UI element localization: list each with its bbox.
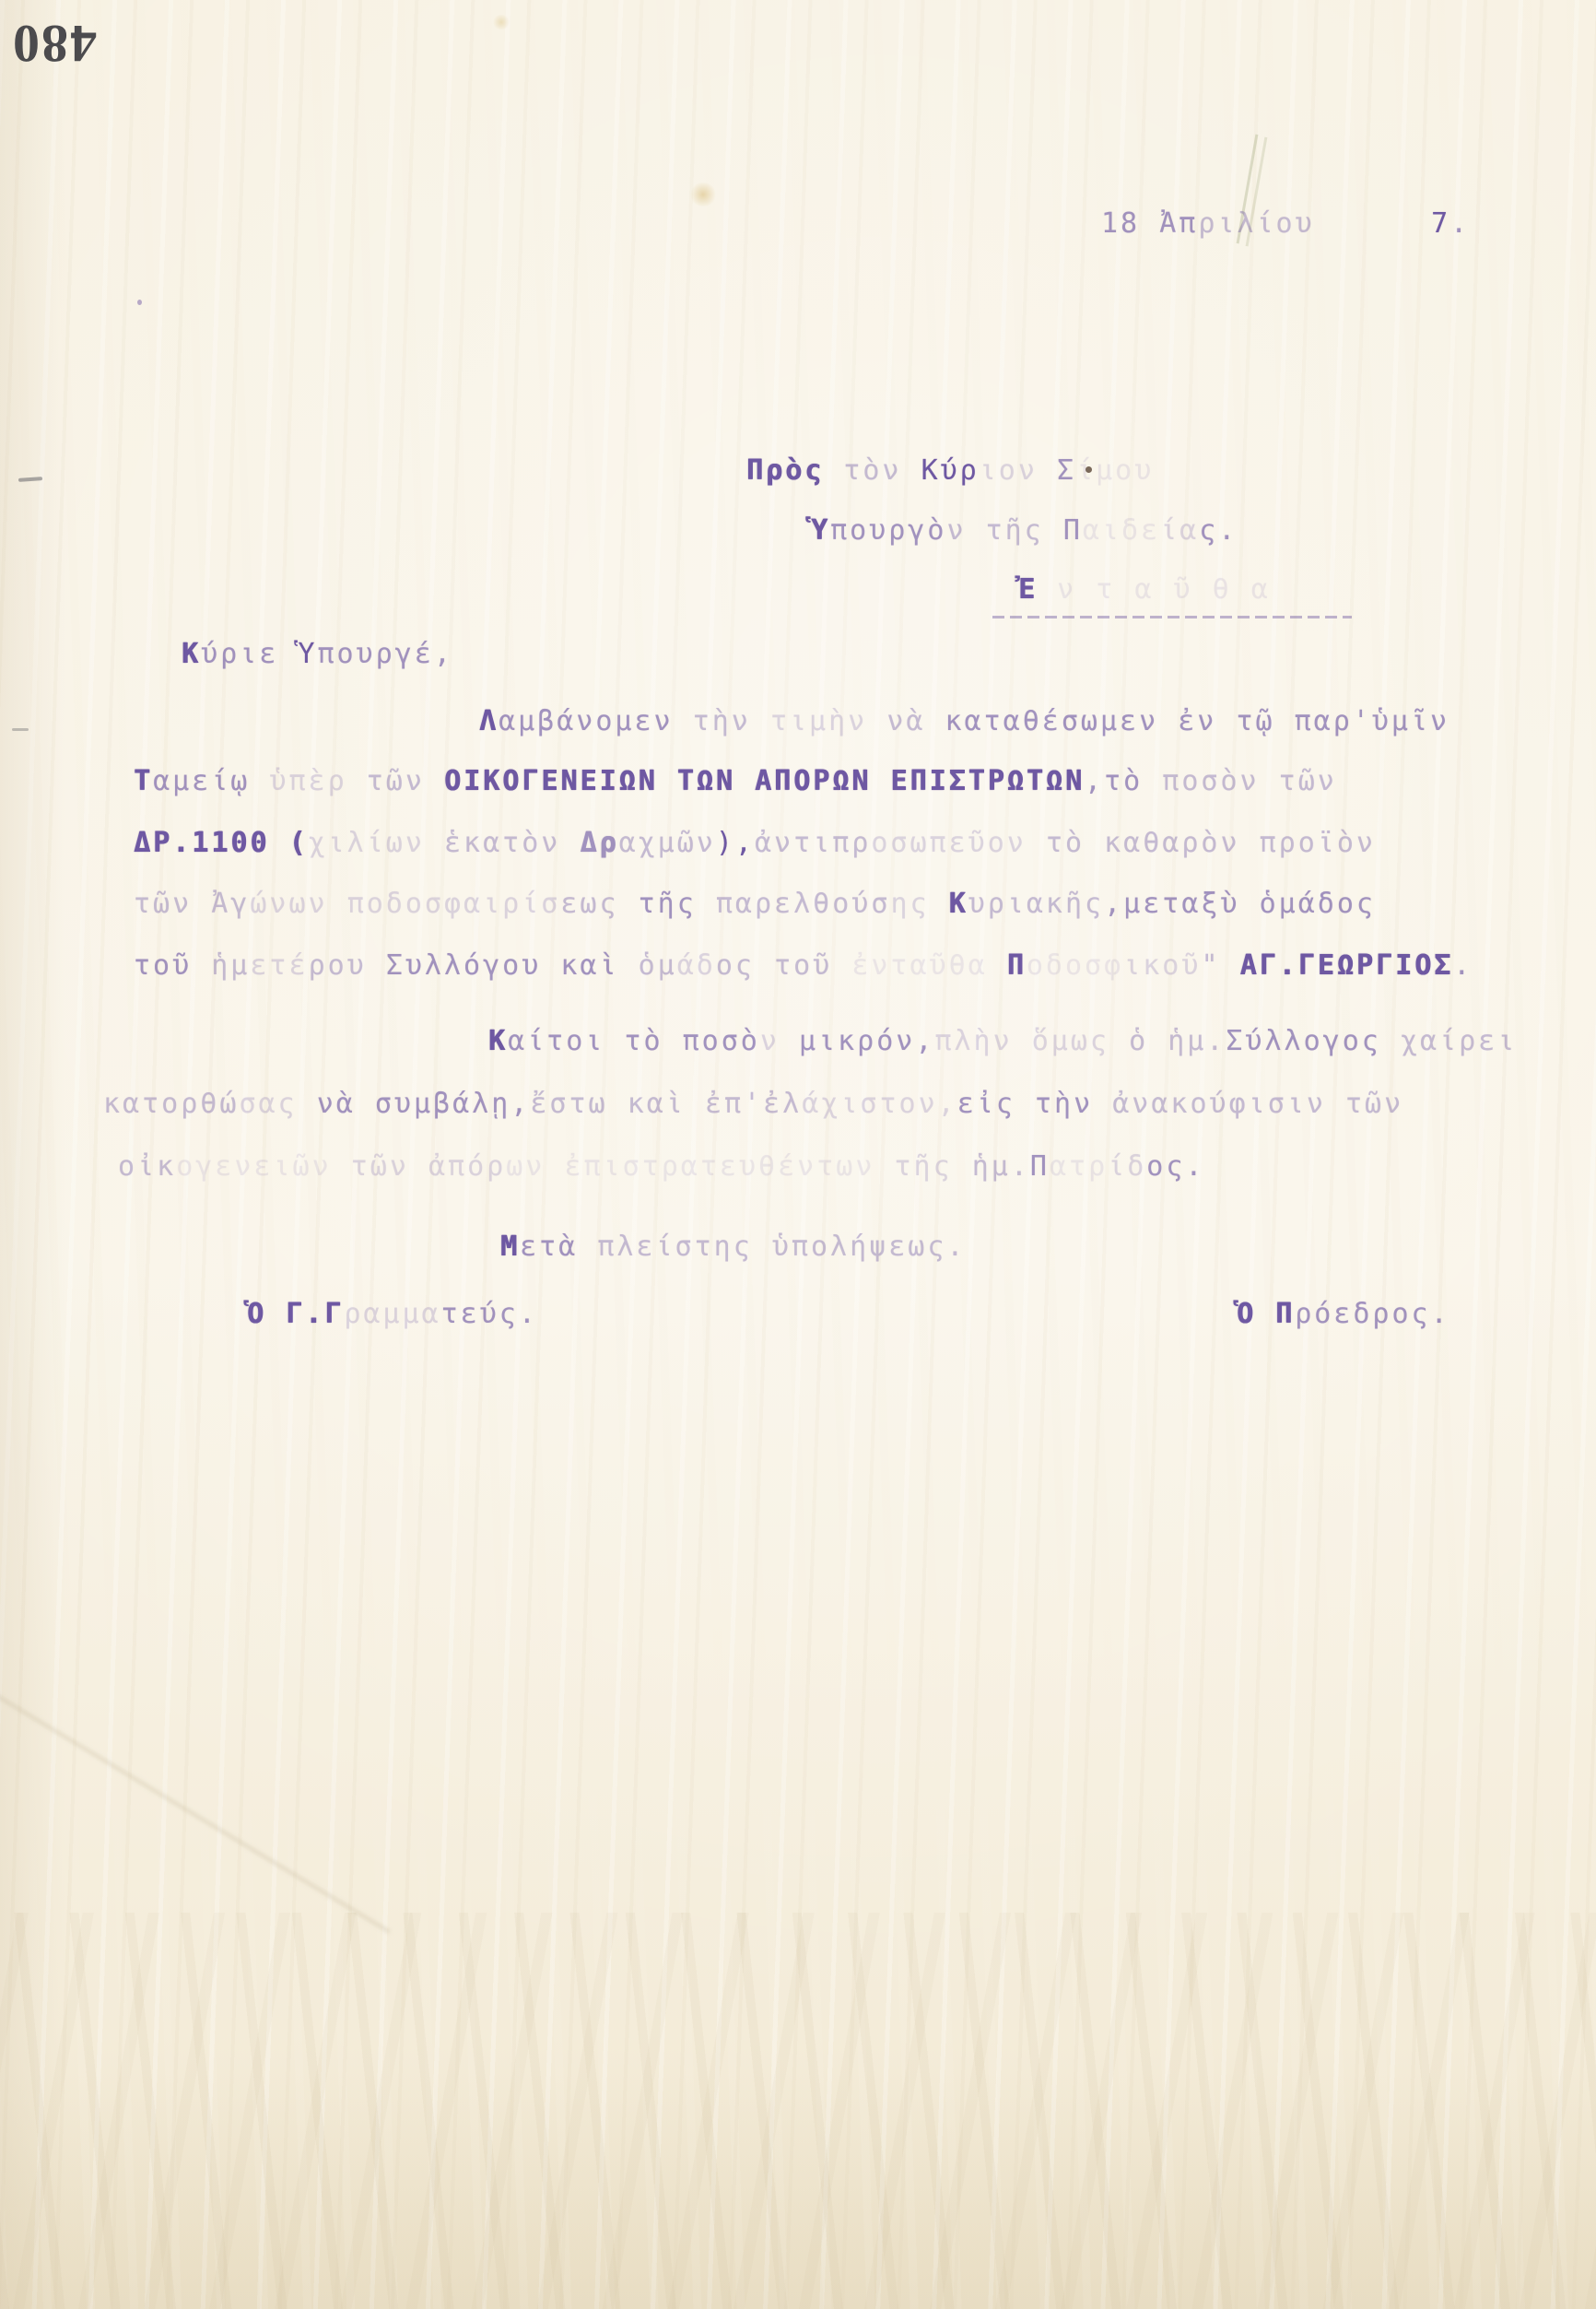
text-segment: ΔΡ.1100 ( — [134, 827, 309, 859]
text-segment: εως — [560, 888, 638, 920]
text-segment: ποσὸν — [1162, 765, 1278, 797]
letter-date: 18 Ἀπριλίου 7. — [1101, 207, 1470, 240]
text-segment: Πρὸς — [746, 454, 843, 487]
text-segment: ἀντιπρ — [755, 827, 871, 859]
text-segment: παρ'ὑμῖν — [1295, 705, 1450, 737]
text-segment: νὰ — [886, 705, 945, 737]
text-segment: ἐνταῦθα — [851, 949, 1007, 982]
text-segment: αχμῶν — [619, 827, 716, 859]
text-segment: ύριε — [201, 638, 298, 670]
text-segment: παρελθούσ — [716, 888, 891, 920]
text-segment: Συλλόγου — [386, 949, 561, 982]
text-segment: τῆς — [639, 888, 716, 920]
text-segment: τῶν Ἀγ — [134, 888, 250, 920]
paper-wrinkles — [0, 1913, 1596, 2309]
text-segment: τῶν — [1279, 765, 1337, 797]
text-segment: . — [1450, 207, 1470, 240]
text-segment: Κύρ — [921, 454, 980, 487]
text-segment: αμβάνομεν — [499, 705, 693, 737]
text-segment: προϊὸν — [1260, 827, 1376, 859]
text-segment: άχιστον, — [802, 1088, 957, 1120]
body-line: ΔΡ.1100 (χιλίων ἑκατὸν Δραχμῶν),ἀντιπροσ… — [134, 827, 1376, 859]
text-segment: τῷ — [1236, 705, 1294, 737]
text-segment: κατορθώ — [103, 1088, 239, 1120]
text-segment: ὁ — [1129, 1025, 1168, 1057]
text-segment: ,μεταξὺ — [1104, 888, 1260, 920]
text-segment: καταθέσωμεν — [945, 705, 1179, 737]
text-segment: ων — [506, 1150, 564, 1183]
body-line: Λαμβάνομεν τὴν τιμὴν νὰ καταθέσωμεν ἐν τ… — [479, 705, 1449, 737]
text-segment: Π — [1275, 1298, 1295, 1330]
text-segment: αιδε — [1083, 514, 1160, 547]
text-segment: τὸ — [624, 1025, 682, 1057]
text-segment: ἡμ. — [972, 1150, 1030, 1183]
text-segment: υριακῆς — [968, 888, 1104, 920]
text-segment: ποδοσφαιρίσ — [347, 888, 561, 920]
recipient-line-3: Ἐ ν τ α ῦ θ α — [1018, 573, 1271, 606]
text-segment: πουργὸ — [830, 514, 946, 547]
text-segment: ἔστω — [530, 1088, 627, 1120]
text-segment: ἀπόρ — [428, 1150, 506, 1183]
text-segment: Λ — [479, 705, 499, 737]
text-segment: Κ — [949, 888, 968, 920]
text-segment: ατρ — [1050, 1150, 1108, 1183]
text-segment: οἰκ — [118, 1150, 176, 1183]
text-segment: άδ — [677, 949, 716, 982]
text-segment: Ἀπ — [1159, 207, 1198, 240]
text-segment: ν — [760, 1025, 799, 1057]
text-segment: Δρ — [580, 827, 618, 859]
recipient-line-1: Πρὸς τὸν Κύριον Σίμου — [746, 454, 1154, 487]
signature-president: Ὁ Πρόεδρος. — [1237, 1298, 1450, 1330]
text-segment: ίμου — [1076, 454, 1154, 487]
text-segment: ετέ — [250, 949, 308, 982]
text-segment: ἡμ — [211, 949, 250, 982]
body-line: Καίτοι τὸ ποσὸν μικρόν,πλὴν ὅμως ὁ ἡμ.Σύ… — [488, 1025, 1517, 1057]
text-segment: οδοσφ — [1027, 949, 1123, 982]
text-segment: ἐπ'ἐλ — [705, 1088, 802, 1120]
text-segment: Μ — [500, 1231, 520, 1263]
text-segment: οσωπεῦον — [871, 827, 1046, 859]
body-line: κατορθώσας νὰ συμβάλῃ,ἔστω καὶ ἐπ'ἐλάχισ… — [103, 1088, 1403, 1120]
text-segment: τῆς — [986, 514, 1063, 547]
text-segment: καὶ — [628, 1088, 705, 1120]
text-segment: νὰ — [317, 1088, 375, 1120]
recipient-line-2: Ὑπουργὸν τῆς Παιδείας. — [811, 514, 1238, 547]
text-segment: ογενειῶν — [176, 1150, 351, 1183]
text-segment: καὶ — [560, 949, 638, 982]
text-segment: ὑπολήψεως. — [772, 1231, 967, 1263]
text-segment: ὅμως — [1032, 1025, 1129, 1057]
paper-stain — [492, 15, 510, 29]
text-segment: ώνων — [250, 888, 346, 920]
text-segment: τῶν — [367, 765, 444, 797]
text-segment: τῆς — [894, 1150, 971, 1183]
signature-secretary: Ὁ Γ.Γραμματεύς. — [247, 1298, 538, 1330]
text-segment: Σύλλογος — [1226, 1025, 1401, 1057]
text-segment: ραμμα — [344, 1298, 440, 1330]
page-number-stamp: 480 — [11, 13, 97, 75]
text-segment: πλείστης — [597, 1231, 772, 1263]
text-segment: ς. — [1199, 514, 1238, 547]
scanned-letter-page: 480 18 Ἀπριλίου 7. Πρὸς τὸν Κύριον Σίμου… — [0, 0, 1596, 2309]
text-segment: ποσὸ — [683, 1025, 760, 1057]
text-segment: Ἐ — [1018, 573, 1038, 606]
text-segment: τὴν — [1035, 1088, 1112, 1120]
text-segment: μικρόν, — [799, 1025, 934, 1057]
text-segment: τοῦ — [134, 949, 211, 982]
text-segment: , — [434, 638, 453, 670]
ink-speck — [137, 300, 142, 305]
closing-phrase: Μετὰ πλείστης ὑπολήψεως. — [500, 1231, 967, 1263]
text-segment: χαίρει — [1401, 1025, 1517, 1057]
text-segment: ὁμάδος — [1260, 888, 1376, 920]
text-segment: Π — [1007, 949, 1027, 982]
text-segment: Κ — [182, 638, 201, 670]
text-segment: τοῦ — [774, 949, 851, 982]
text-segment: ικοῦ — [1123, 949, 1201, 982]
text-segment: Ὑ — [298, 638, 317, 670]
text-segment: ετὰ — [520, 1231, 597, 1263]
text-segment: Ὁ — [1237, 1298, 1275, 1330]
text-segment: χιλίων — [309, 827, 444, 859]
text-segment: ρου — [309, 949, 386, 982]
text-segment: ριλίου — [1198, 207, 1314, 240]
text-segment — [1315, 207, 1431, 240]
text-segment: ία — [1160, 514, 1199, 547]
pencil-mark — [12, 728, 29, 731]
text-segment: ), — [716, 827, 755, 859]
text-segment: Ὑ — [811, 514, 830, 547]
text-segment: συμβάλῃ, — [375, 1088, 531, 1120]
text-segment: " — [1201, 949, 1239, 982]
text-segment: ,τὸ — [1085, 765, 1162, 797]
text-segment: πουργέ — [317, 638, 433, 670]
text-segment: ὑπὲρ — [269, 765, 366, 797]
text-segment: ἐπιστρατευθέντων — [564, 1150, 894, 1183]
text-segment: . — [1453, 949, 1473, 982]
text-segment: ος. — [1146, 1150, 1204, 1183]
text-segment: ιον — [980, 454, 1057, 487]
text-segment: ἡμ. — [1168, 1025, 1226, 1057]
text-segment: εἰς — [957, 1088, 1035, 1120]
text-segment: ης — [890, 888, 948, 920]
text-segment: τὸ — [1046, 827, 1104, 859]
text-segment: ος — [716, 949, 774, 982]
body-line: οἰκογενειῶν τῶν ἀπόρων ἐπιστρατευθέντων … — [118, 1150, 1204, 1183]
text-segment: Π — [1030, 1150, 1050, 1183]
text-segment: ὁμ — [639, 949, 677, 982]
text-segment: πλὴν — [934, 1025, 1031, 1057]
text-segment: τῶν — [351, 1150, 428, 1183]
text-segment: καθαρὸν — [1104, 827, 1260, 859]
text-segment: ρόεδρος. — [1295, 1298, 1450, 1330]
text-segment: τιμὴν — [770, 705, 886, 737]
text-segment: ίδ — [1108, 1150, 1146, 1183]
text-segment: Τ — [134, 765, 153, 797]
text-segment: Σ — [1057, 454, 1076, 487]
text-segment: τεύς. — [441, 1298, 538, 1330]
text-segment: Π — [1063, 514, 1083, 547]
text-segment: ν — [946, 514, 985, 547]
text-segment: αμείῳ — [153, 765, 269, 797]
typed-underline — [992, 616, 1352, 618]
text-segment: ἐν — [1178, 705, 1236, 737]
paper-stain — [689, 183, 717, 206]
body-line: τοῦ ἡμετέρου Συλλόγου καὶ ὁμάδος τοῦ ἐντ… — [134, 949, 1473, 982]
text-segment: ἀνακούφισιν — [1112, 1088, 1345, 1120]
text-segment: τῶν — [1345, 1088, 1403, 1120]
body-line: Ταμείῳ ὑπὲρ τῶν ΟΙΚΟΓΕΝΕΙΩΝ ΤΩΝ ΑΠΟΡΩΝ Ε… — [134, 765, 1337, 797]
body-line: τῶν Ἀγώνων ποδοσφαιρίσεως τῆς παρελθούση… — [134, 888, 1376, 920]
text-segment: Ὁ Γ.Γ — [247, 1298, 344, 1330]
text-segment: τὸν — [843, 454, 921, 487]
text-segment: αίτοι — [508, 1025, 624, 1057]
text-segment: ἑκατὸν — [444, 827, 580, 859]
text-segment: σας — [239, 1088, 316, 1120]
text-segment: Κ — [488, 1025, 508, 1057]
text-segment: τὴν — [693, 705, 770, 737]
text-segment: ν τ α ῦ θ α — [1038, 573, 1271, 606]
text-segment: ΟΙΚΟΓΕΝΕΙΩΝ ΤΩΝ ΑΠΟΡΩΝ ΕΠΙΣΤΡΩΤΩΝ — [444, 765, 1085, 797]
text-segment: 7 — [1431, 207, 1450, 240]
text-segment: 18 — [1101, 207, 1159, 240]
text-segment: ΑΓ.ΓΕΩΡΓΙΟΣ — [1240, 949, 1454, 982]
salutation: Κύριε Ὑπουργέ, — [182, 638, 453, 670]
